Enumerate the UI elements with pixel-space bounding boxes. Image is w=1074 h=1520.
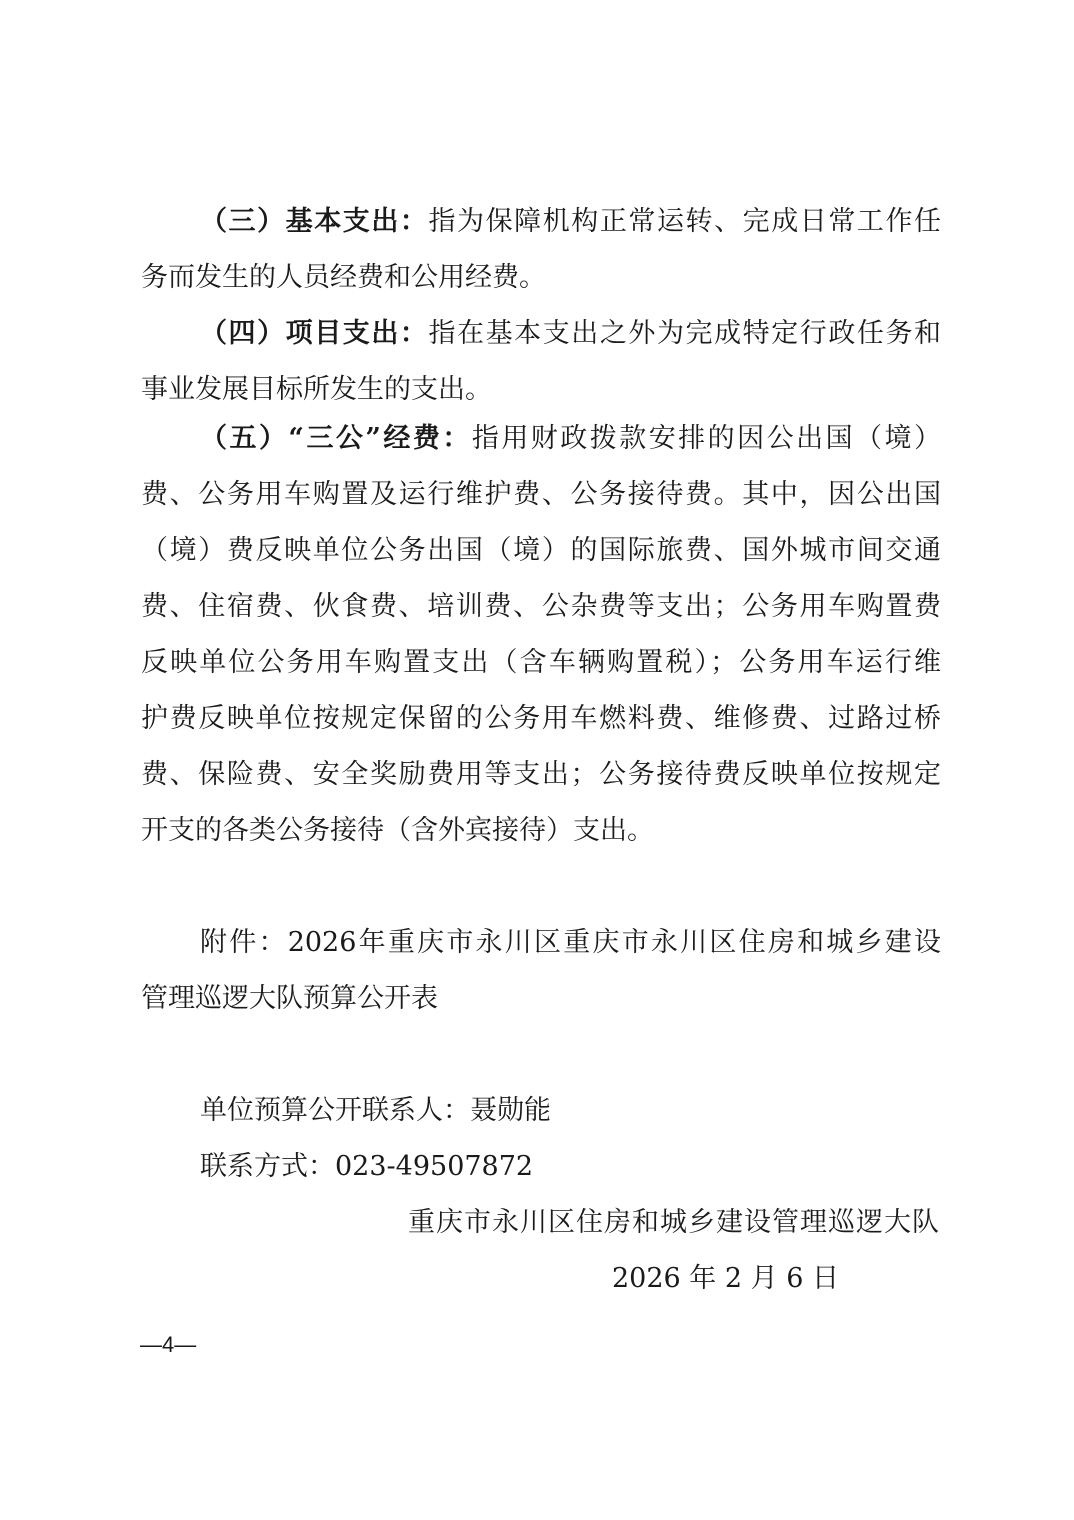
section-three-heading: （三）基本支出：: [200, 206, 428, 237]
section-five-line-3: （境）费反映单位公务出国（境）的国际旅费、国外城市间交通: [141, 535, 941, 567]
section-four-text: 指在基本支出之外为完成特定行政任务和: [428, 318, 941, 349]
section-three-line-2: 务而发生的人员经费和公用经费。: [141, 262, 941, 294]
contact-person: 单位预算公开联系人：聂勋能: [200, 1095, 551, 1127]
section-five-heading: （五）“三公”经费：: [200, 423, 472, 454]
section-four-line-1: （四）项目支出：指在基本支出之外为完成特定行政任务和: [200, 318, 941, 350]
attachment-line-1: 附件：2026年重庆市永川区重庆市永川区住房和城乡建设: [200, 927, 941, 959]
section-four-line-2: 事业发展目标所发生的支出。: [141, 374, 941, 406]
section-five-line-7: 费、保险费、安全奖励费用等支出；公务接待费反映单位按规定: [141, 759, 941, 791]
section-four-heading: （四）项目支出：: [200, 318, 428, 349]
contact-phone: 联系方式：023-49507872: [200, 1151, 533, 1183]
section-five-line-4: 费、住宿费、伙食费、培训费、公杂费等支出；公务用车购置费: [141, 591, 941, 623]
section-five-line-6: 护费反映单位按规定保留的公务用车燃料费、维修费、过路过桥: [141, 703, 941, 735]
document-page: （三）基本支出：指为保障机构正常运转、完成日常工作任 务而发生的人员经费和公用经…: [0, 0, 1074, 1520]
section-five-text: 指用财政拨款安排的因公出国（境）: [472, 423, 941, 454]
attachment-line-2: 管理巡逻大队预算公开表: [141, 983, 941, 1015]
section-five-line-2: 费、公务用车购置及运行维护费、公务接待费。其中，因公出国: [141, 479, 941, 511]
section-five-line-8: 开支的各类公务接待（含外宾接待）支出。: [141, 815, 941, 847]
section-five-line-5: 反映单位公务用车购置支出（含车辆购置税）；公务用车运行维: [141, 647, 941, 679]
page-number: —4—: [140, 1332, 196, 1358]
signature-organization: 重庆市永川区住房和城乡建设管理巡逻大队: [408, 1207, 940, 1239]
section-three-text: 指为保障机构正常运转、完成日常工作任: [428, 206, 941, 237]
section-three-line-1: （三）基本支出：指为保障机构正常运转、完成日常工作任: [200, 206, 941, 238]
section-five-line-1: （五）“三公”经费：指用财政拨款安排的因公出国（境）: [200, 423, 941, 455]
signature-date: 2026 年 2 月 6 日: [612, 1263, 839, 1295]
